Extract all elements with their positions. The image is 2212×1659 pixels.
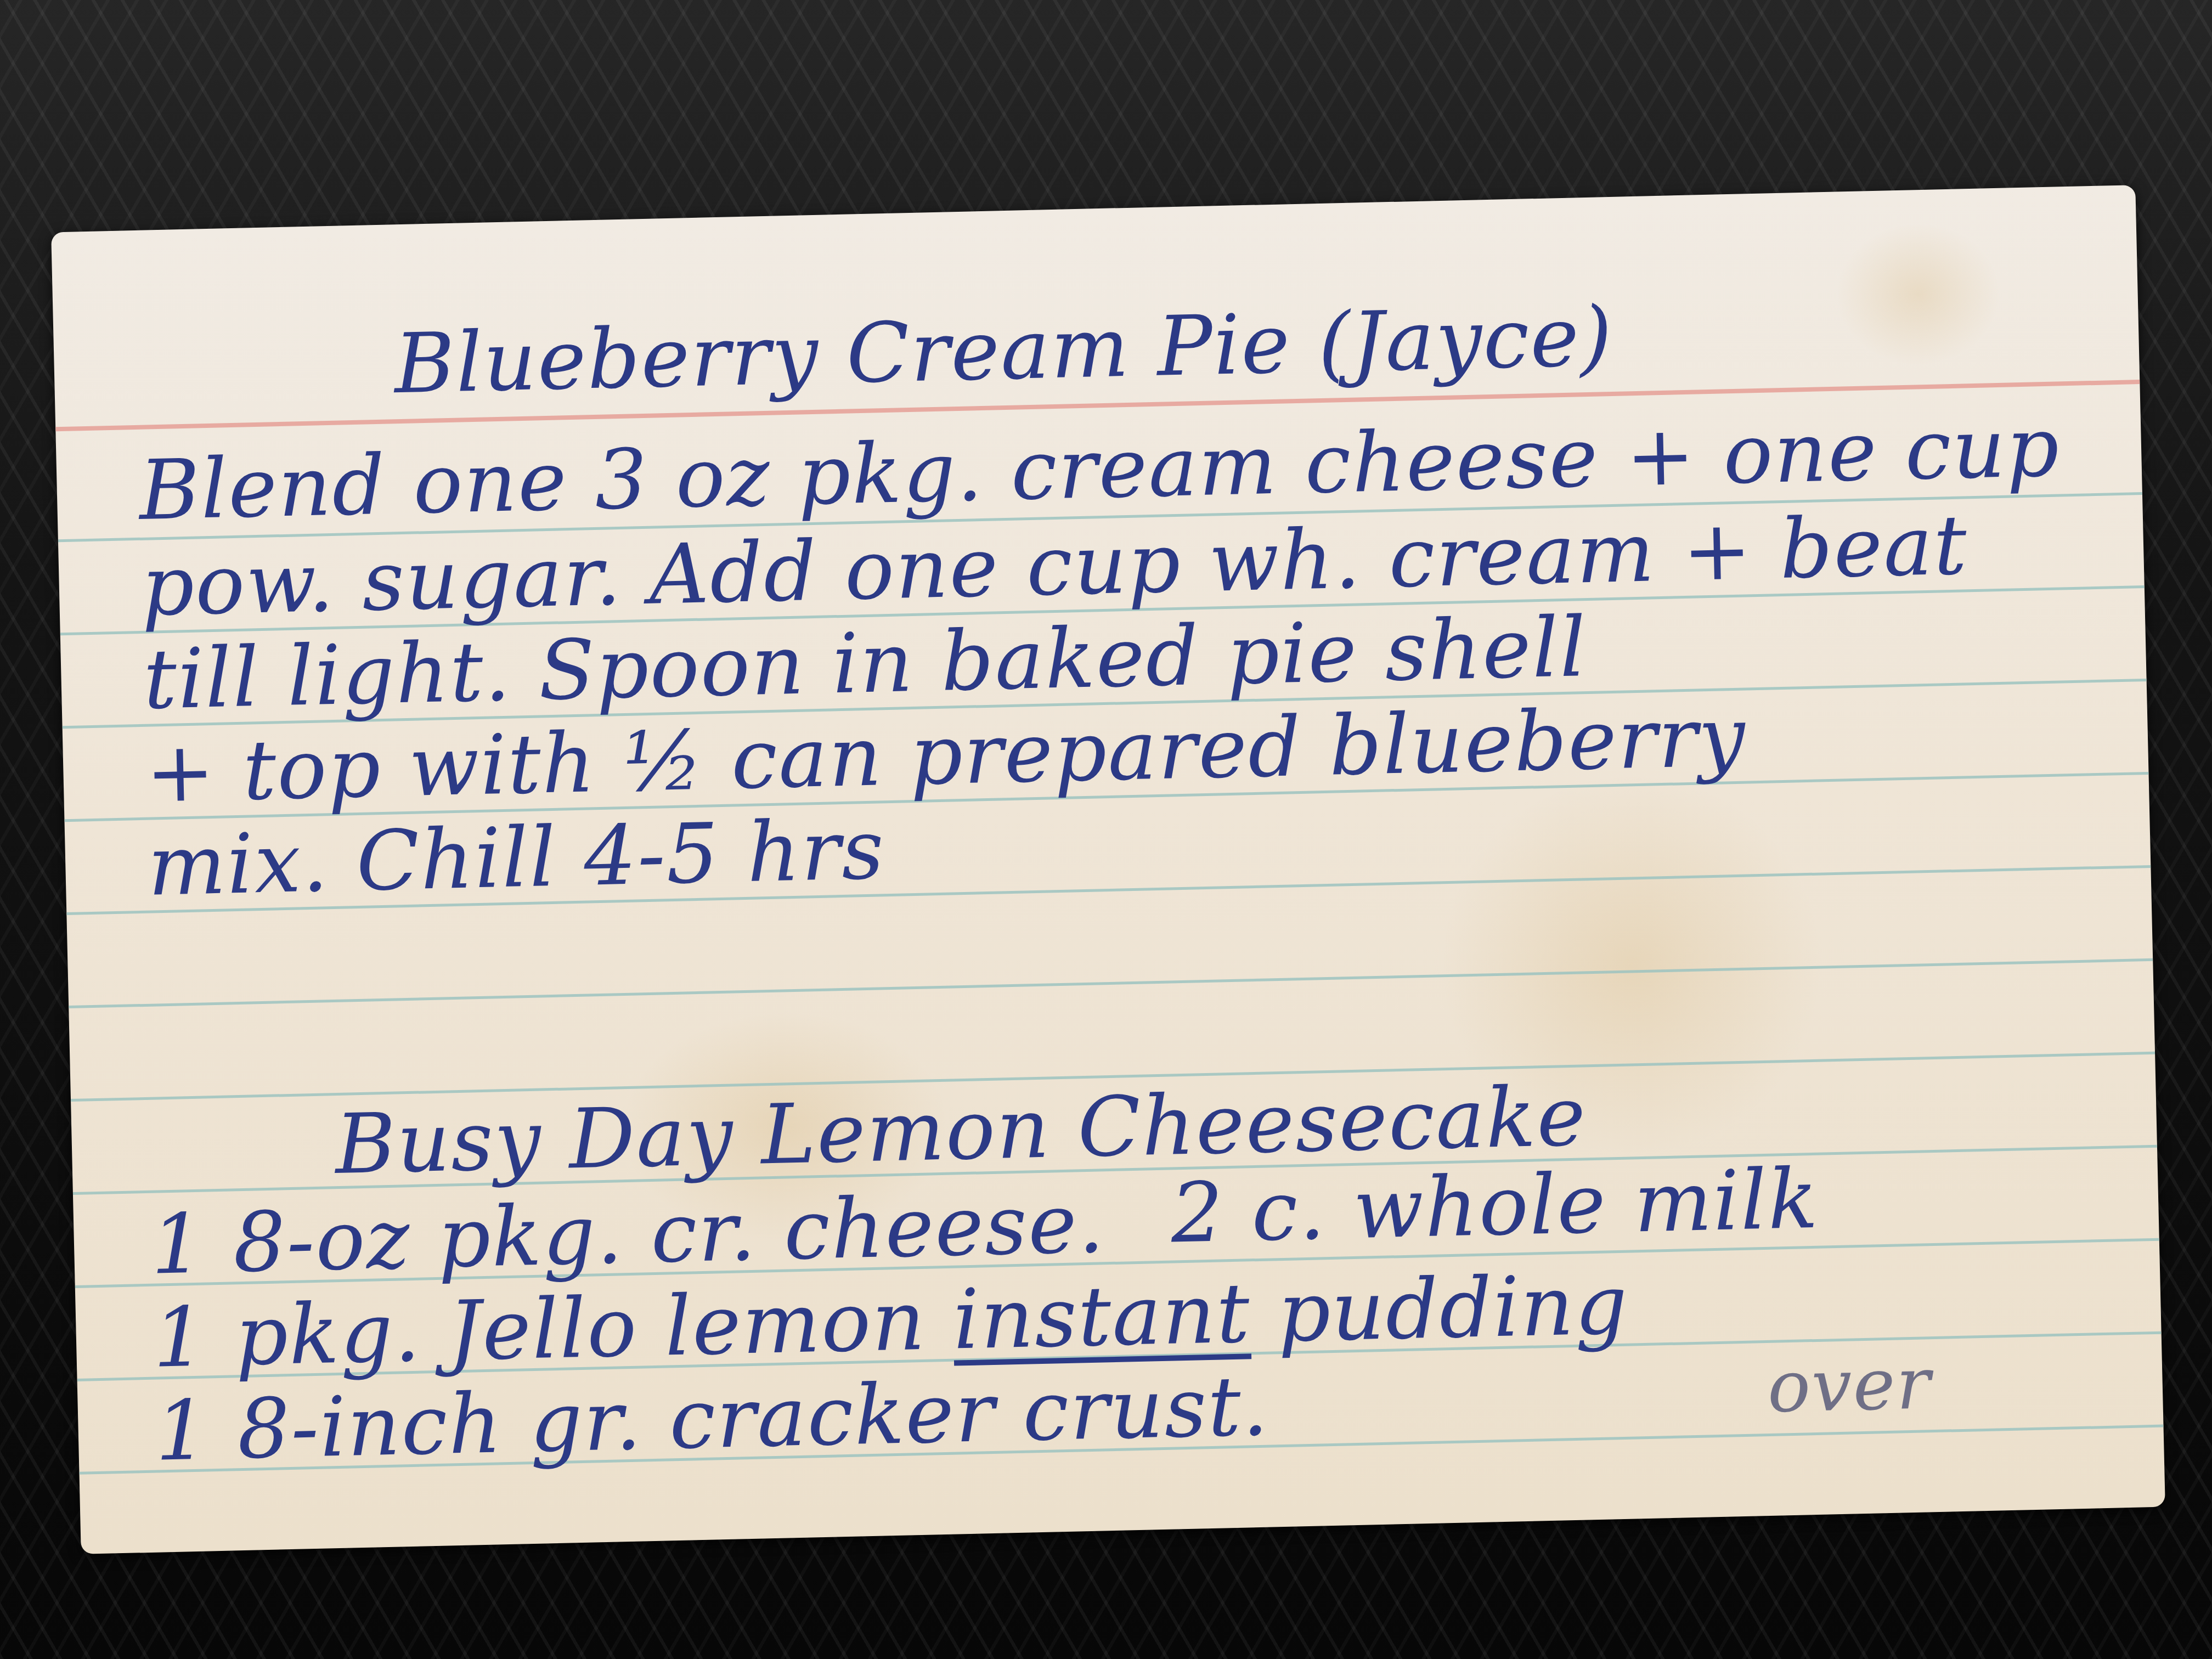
ingredient-row: 1 8-oz pkg. cr. cheese. 2 c. whole milk	[51, 185, 2135, 232]
ingredient-row: 1 8-inch gr. cracker crust.	[51, 185, 2135, 232]
ingredient-quantity: 1	[154, 1389, 210, 1472]
ingredient-row: 1 pkg. Jello lemon instant pudding	[51, 185, 2135, 232]
ingredient-text: 2 c. whole milk	[1170, 1158, 1820, 1255]
ingredient-quantity: 1	[150, 1203, 205, 1286]
ingredient-text-pre: pkg. Jello lemon	[234, 1273, 954, 1385]
ingredient-quantity: 1	[152, 1296, 207, 1380]
ingredient-emphasis-underlined: instant	[952, 1266, 1251, 1368]
over-note: over	[1767, 1347, 1932, 1423]
ingredient-text-post: pudding	[1249, 1257, 1629, 1362]
instruction-line: mix. Chill 4-5 hrs	[147, 809, 886, 907]
recipe-title-blueberry-cream-pie: Blueberry Cream Pie (Jayce)	[393, 296, 1614, 405]
recipe-index-card: Blueberry Cream Pie (Jayce) Blend one 3 …	[51, 185, 2165, 1554]
paper-stain	[1835, 221, 2002, 368]
ruled-line	[69, 958, 2153, 1008]
ingredient-text: 8-oz pkg. cr. cheese.	[232, 1182, 1106, 1284]
ingredient-text: 8-inch gr. cracker crust.	[236, 1365, 1270, 1471]
